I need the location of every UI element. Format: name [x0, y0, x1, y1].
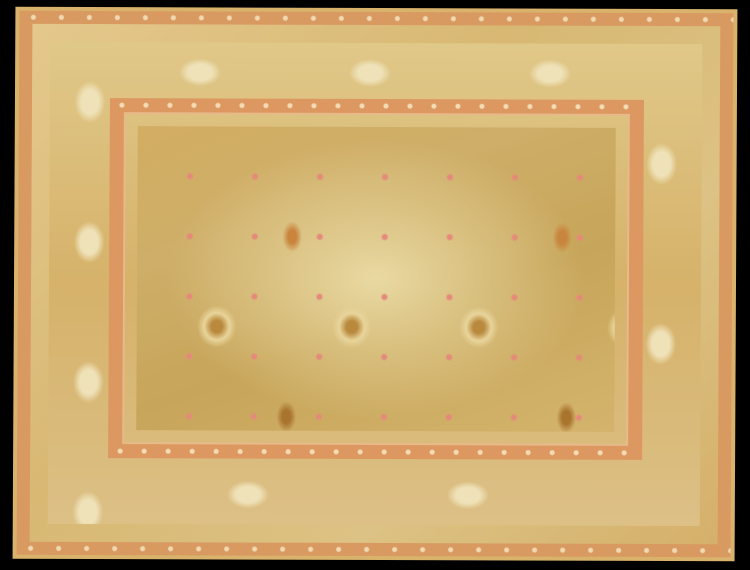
inner-guard-border: [108, 98, 644, 460]
main-floral-border: [48, 42, 703, 526]
rug-field: [136, 126, 616, 432]
rug: [13, 7, 738, 562]
outer-guard-border: [17, 11, 734, 557]
